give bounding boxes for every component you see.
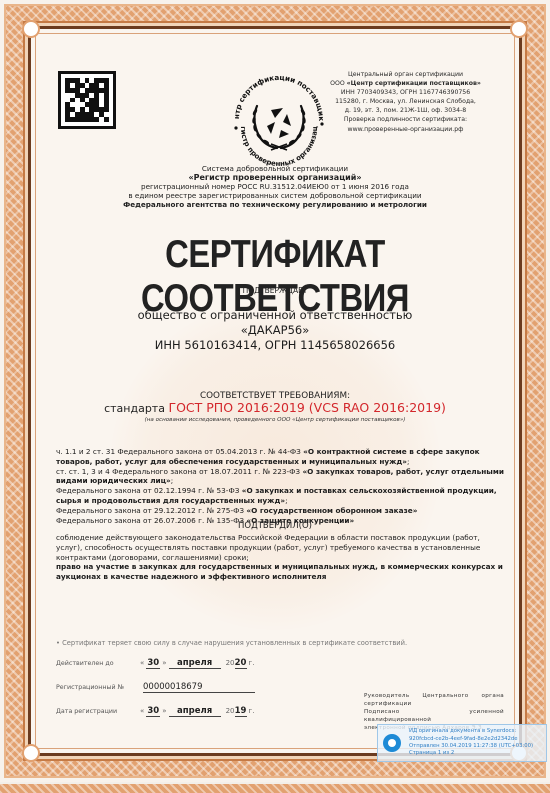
organization-type: общество с ограниченной ответственностью <box>28 308 522 323</box>
confirmed-item: право на участие в закупках для государс… <box>56 562 508 582</box>
confirms-label: ПОДТВЕРЖДАЕТ <box>28 286 522 295</box>
valid-until-day: 30 <box>146 658 160 669</box>
requirements-basis: (на основании исследования, проведенного… <box>28 417 522 423</box>
laws-list: ч. 1.1 и 2 ст. 31 Федерального закона от… <box>56 447 508 525</box>
page-indicator: Страница 1 из 2 <box>409 750 533 757</box>
standard-line: стандарта ГОСТ РПО 2016:2019 (VCS RAO 20… <box>28 401 522 416</box>
registration-number: 00000018679 <box>143 682 255 693</box>
sent-timestamp: Отправлен 30.04.2019 11:27:38 (UTC+03:00… <box>409 743 533 750</box>
registration-number-field: Регистрационный № 00000018679 <box>56 682 255 693</box>
requirements-block: СООТВЕТСТВУЕТ ТРЕБОВАНИЯМ: стандарта ГОС… <box>28 391 522 423</box>
organization-block: общество с ограниченной ответственностью… <box>28 308 522 353</box>
certification-body-info: Центральный орган сертификации ООО «Цент… <box>313 70 498 134</box>
organization-name: «ДАКАР56» <box>28 323 522 338</box>
system-name: «Регистр проверенных организаций» <box>68 173 482 182</box>
verification-link[interactable]: www.проверенные-организации.рф <box>313 125 498 134</box>
validity-note: • Сертификат теряет свою силу в случае н… <box>56 639 508 647</box>
cert-body-address-2: д. 19, эт. 3, пом. 21Ж-1Ш, оф. 3034-8 <box>313 106 498 115</box>
law-item: ч. 1.1 и 2 ст. 31 Федерального закона от… <box>56 447 508 467</box>
verification-label: Проверка подлинности сертификата: <box>313 115 498 124</box>
confirmed-item: соблюдение действующего законодательства… <box>56 533 508 562</box>
standard-name: ГОСТ РПО 2016:2019 (VCS RAO 2016:2019) <box>168 400 445 415</box>
registration-date-field: Дата регистрации « 30 » апреля 20 19 г. <box>56 706 256 717</box>
system-registration: регистрационный номер РОСС RU.31512.04ИЕ… <box>68 182 482 191</box>
certificate-page: Центр сертификации поставщиков Регистр п… <box>0 0 550 782</box>
agency-name: Федерального агентства по техническому р… <box>68 200 482 209</box>
law-item: Федерального закона от 29.12.2012 г. № 2… <box>56 506 508 516</box>
registration-year: 19 <box>235 706 247 717</box>
electronic-signature-stamp: ИД оригинала документа в Synerdocs: 920f… <box>377 724 547 762</box>
registration-month: апреля <box>169 706 221 717</box>
cert-body-org: ООО «Центр сертификации поставщиков» <box>313 79 498 88</box>
qr-code[interactable] <box>58 71 116 129</box>
law-item: ст. ст. 1, 3 и 4 Федерального закона от … <box>56 467 508 487</box>
cert-body-ids: ИНН 7703409343, ОГРН 1167746390756 <box>313 88 498 97</box>
organization-ids: ИНН 5610163414, ОГРН 1145658026656 <box>28 338 522 353</box>
synerdocs-logo-icon <box>383 734 401 752</box>
confirmed-list: соблюдение действующего законодательства… <box>56 533 508 582</box>
cert-body-title: Центральный орган сертификации <box>313 70 498 79</box>
cert-body-address: 115280, г. Москва, ул. Ленинская Слобода… <box>313 97 498 106</box>
valid-until-month: апреля <box>169 658 221 669</box>
registration-day: 30 <box>146 706 160 717</box>
document-id: 920fcbcd-ce2b-4eef-9fad-8e2e2d2342de <box>409 736 533 743</box>
certification-system-info: Система добровольной сертификации «Регис… <box>68 164 482 209</box>
valid-until-year: 20 <box>235 658 247 669</box>
valid-until-field: Действителен до « 30 » апреля 20 20 г. <box>56 658 256 669</box>
next-page-border <box>0 784 550 793</box>
confirmed-heading: ПОДТВЕРДИЛ(О) <box>28 521 522 531</box>
law-item: Федерального закона от 02.12.1994 г. № 5… <box>56 486 508 506</box>
